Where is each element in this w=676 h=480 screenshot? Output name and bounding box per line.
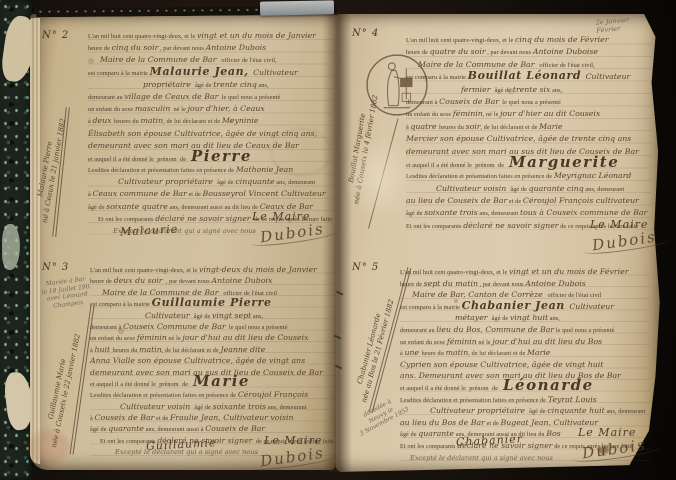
- birth-record-no5: N° 5 Chabanier Léonarde née au Bos le 21…: [344, 256, 658, 476]
- margin-note-ink: Bouillat Marguerite née à Couseix le 4 f…: [342, 86, 381, 211]
- torn-paper-chip: [2, 224, 20, 270]
- handwritten-text: déclaré ne savoir signer: [155, 214, 250, 223]
- printed-form-text: ans, demeurant aussi au dit lieu de: [168, 204, 260, 211]
- printed-form-text: est comparu à la mairie: [406, 74, 468, 81]
- record-line: à Couseix de Bar et de Fraulie Jean, Cul…: [90, 410, 336, 421]
- record-line: L'an mil huit cent quatre-vingt-deux, et…: [90, 262, 336, 273]
- record-line: demeurant à Couseix de Bar le quel nous …: [406, 94, 652, 106]
- mayor-signature: Dubois: [591, 228, 658, 255]
- printed-form-text: ans,: [550, 87, 562, 94]
- handwritten-text: trente six: [513, 85, 551, 94]
- margin-note-ink: Guillaumie Marie née à Couseix le 22 jan…: [40, 327, 83, 452]
- birth-record-no2: N° 2 Malaurie Pierre né à Ceaux le 21 ja…: [38, 24, 338, 256]
- printed-form-text: heures du: [439, 124, 465, 131]
- record-line: à une heure du matin, de lui déclarant e…: [400, 345, 650, 357]
- record-line: à Ceaux commune de Bar et de Bousseyrol …: [88, 186, 334, 198]
- printed-form-text: officier de l'état civil,: [216, 57, 276, 64]
- printed-form-text: heure de: [88, 45, 112, 52]
- printed-form-text: , par devant nous: [158, 45, 205, 52]
- declarant-signature: Malaurie: [120, 222, 179, 238]
- printed-form-text: heures du: [114, 118, 140, 125]
- record-line: Maire de Bar, Canton de Corrèze officier…: [400, 287, 650, 299]
- record-number: N° 2: [42, 30, 69, 41]
- handwritten-text: Maire de la Commune de Bar: [418, 60, 534, 69]
- handwritten-text: Cultivateur propriétaire: [118, 177, 215, 186]
- record-line: Cultivateur âgé de vingt sept ans,: [90, 308, 336, 319]
- printed-form-text: un enfant du sexe: [406, 111, 453, 118]
- record-line: propriétaire âgé de trente cinq ans,: [88, 77, 334, 89]
- handwritten-text: jour d'hier, à Ceaux: [188, 104, 265, 113]
- printed-form-text: Lesdites déclaration et présentation fai…: [88, 167, 236, 174]
- record-line: Anna Vialle son épouse Cultivatrice, âgé…: [90, 353, 336, 364]
- printed-form-text: officier de l'état civil,: [534, 62, 594, 69]
- printed-form-text: le quel nous a présenté: [218, 94, 280, 101]
- record-line: Cultivateur propriétaire âgé de cinquant…: [88, 174, 334, 186]
- record-line: Lesdites déclaration et présentation fai…: [90, 387, 336, 398]
- tape-repair: [260, 0, 334, 15]
- printed-form-text: ans, demeurant: [275, 179, 316, 186]
- record-line: Maire de la Commune de Bar officier de l…: [406, 57, 652, 69]
- register-book-scan: N° 2 Malaurie Pierre né à Ceaux le 21 ja…: [0, 0, 676, 480]
- record-body: L'an mil huit cent quatre-vingt-deux, et…: [88, 28, 334, 235]
- record-line: demeurant à Couseix Commune de Bar le qu…: [90, 319, 336, 330]
- handwritten-text: Marie: [539, 122, 562, 131]
- record-line: métayer âgé de vingt huit ans,: [400, 310, 650, 322]
- record-line: Lesdites déclaration et présentation fai…: [88, 162, 334, 174]
- record-line: Lesdites déclaration et présentation fai…: [400, 392, 650, 404]
- printed-form-text: , de lui déclarant et de: [163, 118, 222, 125]
- record-line: demeurant au village de Ceaux de Bar le …: [88, 89, 334, 101]
- record-number: N° 4: [352, 28, 379, 39]
- record-line: un enfant du sexe masculin né le jour d'…: [88, 101, 334, 113]
- record-line: L'an mil huit cent quatre-vingt-deux, et…: [406, 32, 652, 44]
- handwritten-text: Ceaux commune de Bar: [93, 189, 187, 198]
- handwritten-text: soixante trois: [424, 208, 478, 217]
- printed-form-text: demeurant au: [88, 94, 124, 101]
- printed-form-text: âgé de: [88, 204, 106, 211]
- record-line: un enfant du sexe féminin né le jour d'h…: [400, 334, 650, 346]
- printed-form-text: Et ont les comparants: [98, 216, 155, 223]
- handwritten-text: matin: [140, 116, 163, 125]
- mayor-title: Le Maire: [252, 210, 310, 223]
- handwritten-text: cinq du mois de Février: [515, 35, 609, 44]
- handwritten-text: Maire de la Commune de Bar: [100, 55, 216, 64]
- foxing-spots: [0, 0, 2, 2]
- handwritten-text: Meyninie: [222, 116, 259, 125]
- record-line: Cyprien son épouse Cultivatrice, âgée de…: [400, 357, 650, 369]
- printed-form-text: et de: [187, 191, 203, 198]
- handwritten-text: Couseix de Bar: [439, 97, 499, 106]
- record-line: et auquel il a été donné le prénom de Ma…: [406, 156, 652, 168]
- record-line: à quatre heures du soir, de lui déclaran…: [406, 119, 652, 131]
- handwritten-text: Céroujol François cultivateur: [523, 196, 639, 205]
- birth-record-no4: N° 4 2e Janvier Février Bouillat Marguer…: [344, 22, 658, 256]
- handwritten-text: quatre: [411, 122, 440, 131]
- printed-form-text: âgé de: [509, 186, 529, 193]
- printed-form-text: demeurant à: [406, 99, 439, 106]
- handwritten-text: tous à Couseix commune de Bar: [520, 208, 647, 217]
- record-line: Cultivateur propriétaire âgé de cinquant…: [400, 403, 650, 415]
- record-line: au lieu du Bos de Bar et de Bugeat Jean,…: [400, 415, 650, 427]
- printed-form-text: Lesdites déclaration et présentation fai…: [406, 173, 554, 180]
- handwritten-text: trente cinq: [213, 80, 257, 89]
- printed-form-text: ans, demeurant: [584, 186, 625, 193]
- handwritten-text: Cultivateur: [253, 68, 298, 77]
- printed-form-text: âgé de: [493, 87, 513, 94]
- printed-form-text: âgé de: [193, 82, 213, 89]
- record-line: à huit heures du matin, de lui déclarant…: [90, 342, 336, 353]
- handwritten-text: Malaurie Jean,: [150, 65, 253, 78]
- record-line: et auquel il a été donné le prénom de Ma…: [90, 376, 336, 387]
- record-line: Maire de la Commune de Bar officier de l…: [90, 285, 336, 296]
- printed-form-text: né le: [170, 106, 187, 113]
- handwritten-text: cinquante: [235, 177, 274, 186]
- handwritten-text: cinq du soir: [112, 43, 159, 52]
- handwritten-text: Mathonie Jean: [236, 165, 294, 174]
- printed-form-text: ans,: [257, 82, 269, 89]
- record-line: heure de quatre du soir , par devant nou…: [406, 44, 652, 56]
- birth-record-no3: N° 3 Mariée à Bar le 18 Juillet 190. ave…: [38, 256, 338, 474]
- handwritten-text: Excepté le déclarant qui a signé avec no…: [410, 454, 553, 462]
- handwritten-text: Cultivateur voisin: [436, 184, 509, 193]
- record-line: un enfant du sexe féminin né le jour d'h…: [90, 330, 336, 341]
- printed-form-text: et de: [507, 198, 523, 205]
- record-line: heure de deux du soir , par devant nous …: [90, 273, 336, 284]
- handwritten-text: fermier: [461, 85, 493, 94]
- record-line: un enfant du sexe féminin, né le jour d'…: [406, 106, 652, 118]
- record-line: est comparu à la mairie Chabanier Jean C…: [400, 299, 650, 311]
- record-line: et auquel il a été donné le prénom de Pi…: [88, 150, 334, 162]
- handwritten-text: Bousseyrol Vincent Cultivateur: [202, 189, 325, 198]
- printed-form-text: , de lui déclarant et de: [480, 124, 539, 131]
- record-line: au lieu de Couseix de Bar et de Céroujol…: [406, 193, 652, 205]
- record-number: N° 5: [352, 262, 379, 273]
- record-line: est comparu à la mairie Bouillat Léonard…: [406, 69, 652, 81]
- record-line: Lesdites déclaration et présentation fai…: [406, 168, 652, 180]
- handwritten-text: Meyrignac Léonard: [554, 171, 632, 180]
- record-line: fermier âgé de trente six ans,: [406, 82, 652, 94]
- record-line: demeurant au lieu du Bos, Commune de Bar…: [400, 322, 650, 334]
- record-line: Cultivateur voisin âgé de soixante trois…: [90, 399, 336, 410]
- record-line: heure de sept du matin , par devant nous…: [400, 276, 650, 288]
- printed-form-text: ans, demeurant: [478, 210, 520, 217]
- record-line: âgé de soixante quatre ans, demeurant au…: [88, 199, 334, 211]
- record-line: Cultivateur voisin âgé de quarante cinq …: [406, 181, 652, 193]
- record-line: heure de cinq du soir , par devant nous …: [88, 40, 334, 52]
- record-number: N° 3: [42, 262, 69, 273]
- printed-form-text: L'an mil huit cent quatre-vingt-deux, et…: [88, 33, 197, 40]
- printed-form-text: L'an mil huit cent quatre-vingt-deux, et…: [406, 37, 515, 44]
- record-line: âgé de quarante ans, demeurant aussi à C…: [90, 421, 336, 432]
- record-body: L'an mil huit cent quatre-vingt-deux, et…: [90, 262, 336, 456]
- record-line: âgé de soixante trois ans, demeurant tou…: [406, 205, 652, 217]
- record-line: Mercier son épouse Cultivatrice, âgée de…: [406, 131, 652, 143]
- printed-form-text: , né le: [483, 111, 500, 118]
- record-line: L'an mil huit cent quatre-vingt-deux, et…: [400, 264, 650, 276]
- record-line: Maire de la Commune de Bar officier de l…: [88, 52, 334, 64]
- printed-form-text: un enfant du sexe: [88, 106, 135, 113]
- printed-form-text: le quel nous a présenté: [499, 99, 561, 106]
- handwritten-text: jour d'hier au dit Couseix: [500, 109, 600, 118]
- printed-form-text: âgé de: [406, 210, 424, 217]
- printed-form-text: Et ont les comparants: [406, 223, 463, 230]
- handwritten-text: Antoine Dubois: [206, 43, 267, 52]
- handwritten-text: vingt et un du mois de Janvier: [197, 31, 316, 40]
- handwritten-text: Antoine Duboise: [533, 47, 598, 56]
- record-line: et auquel il a été donné le prénom de Lé…: [400, 380, 650, 392]
- printed-form-text: âgé de: [215, 179, 235, 186]
- handwritten-text: féminin: [453, 109, 483, 118]
- printed-form-text: , par devant nous: [486, 49, 533, 56]
- handwritten-text: soir: [466, 122, 481, 131]
- record-line: L'an mil huit cent quatre-vingt-deux, et…: [88, 28, 334, 40]
- handwritten-text: au lieu de Couseix de Bar: [406, 196, 507, 205]
- record-line: est comparu à la mairie Malaurie Jean, C…: [88, 65, 334, 77]
- record-body: L'an mil huit cent quatre-vingt-deux, et…: [406, 32, 652, 230]
- handwritten-text: Cultivateur: [586, 72, 631, 81]
- printed-form-text: est comparu à la mairie: [88, 70, 150, 77]
- book-cover-marbled-edge: [0, 0, 34, 480]
- handwritten-text: Bouillat Léonard: [468, 69, 586, 82]
- handwritten-text: déclaré ne savoir signer: [463, 221, 558, 230]
- handwritten-text: propriétaire: [143, 80, 193, 89]
- record-line: Élisabeth son épouse Cultivatrice, âgée …: [88, 126, 334, 138]
- handwritten-text: village de Ceaux de Bar: [124, 92, 218, 101]
- handwritten-text: quatre du soir: [430, 47, 486, 56]
- record-line: à deux heures du matin, de lui déclarant…: [88, 113, 334, 125]
- printed-form-text: heure de: [406, 49, 430, 56]
- handwritten-text: deux: [93, 116, 115, 125]
- handwritten-text: Élisabeth son épouse Cultivatrice, âgée …: [88, 129, 317, 138]
- handwritten-text: masculin: [135, 104, 170, 113]
- handwritten-text: Mercier son épouse Cultivatrice, âgée de…: [406, 134, 631, 143]
- handwritten-text: quarante cinq: [529, 184, 584, 193]
- margin-note-text: Bouillat Marguerite née à Couseix le 4 f…: [347, 94, 379, 204]
- handwritten-text: soixante quatre: [106, 202, 168, 211]
- record-line: est comparu à la mairie Guillaumie Pierr…: [90, 296, 336, 307]
